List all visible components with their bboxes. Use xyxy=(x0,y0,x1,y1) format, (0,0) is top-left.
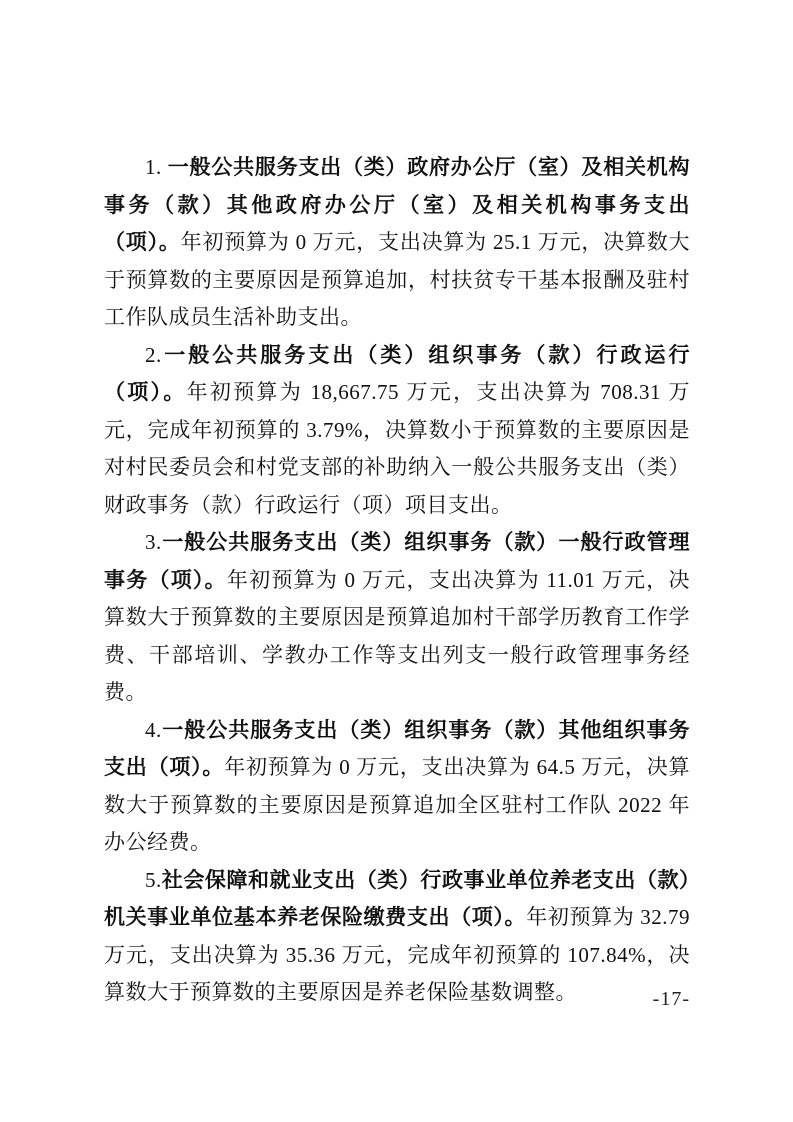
document-page: 1. 一般公共服务支出（类）政府办公厅（室）及相关机构事务（款）其他政府办公厅（… xyxy=(0,0,793,1122)
page-number: -17- xyxy=(104,988,690,1011)
paragraph-1-body: 年初预算为 0 万元，支出决算为 25.1 万元，决算数大于预算数的主要原因是预… xyxy=(104,230,690,329)
paragraph-2-body: 年初预算为 18,667.75 万元，支出决算为 708.31 万元，完成年初预… xyxy=(104,380,690,517)
document-body: 1. 一般公共服务支出（类）政府办公厅（室）及相关机构事务（款）其他政府办公厅（… xyxy=(104,149,690,1012)
paragraph-2: 2.一般公共服务支出（类）组织事务（款）行政运行（项）。年初预算为 18,667… xyxy=(104,337,690,525)
paragraph-5-number: 5. xyxy=(145,868,162,892)
paragraph-1-number: 1. xyxy=(145,155,168,179)
paragraph-1: 1. 一般公共服务支出（类）政府办公厅（室）及相关机构事务（款）其他政府办公厅（… xyxy=(104,149,690,337)
paragraph-2-number: 2. xyxy=(145,343,162,367)
paragraph-4-number: 4. xyxy=(145,718,162,742)
paragraph-4: 4.一般公共服务支出（类）组织事务（款）其他组织事务支出（项）。年初预算为 0 … xyxy=(104,712,690,862)
paragraph-3-number: 3. xyxy=(145,530,162,554)
paragraph-3: 3.一般公共服务支出（类）组织事务（款）一般行政管理事务（项）。年初预算为 0 … xyxy=(104,524,690,712)
